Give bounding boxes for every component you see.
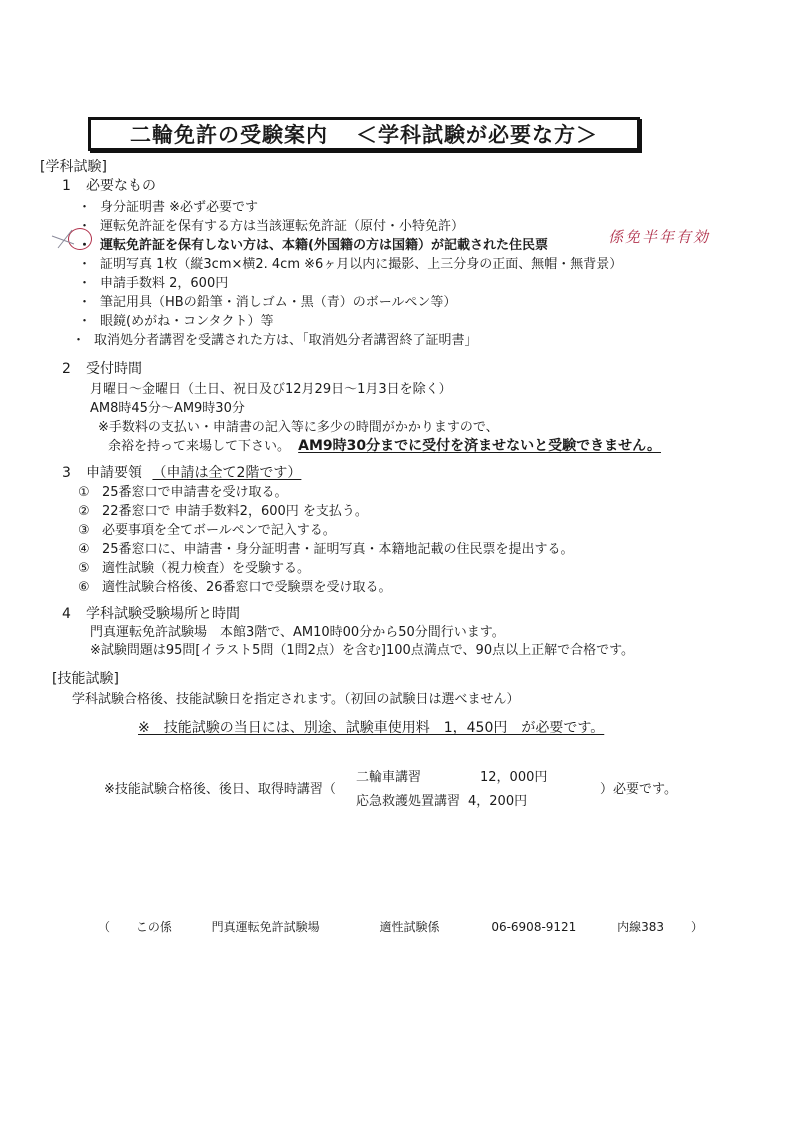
section4-title: 学科試験受験場所と時間 (86, 606, 240, 622)
application-step: ⑤適性試験（視力検査）を受験する。 (78, 557, 310, 576)
section1-heading: 1必要なもの (62, 175, 156, 195)
required-item: ・証明写真 1枚（縦3cm×横2. 4cm ※6ヶ月以内に撮影、上三分身の正面、… (78, 253, 622, 272)
section3-title-note: （申請は全て2階です） (152, 465, 301, 481)
exam-location: 門真運転免許試験場 本館3階で、AM10時00分から50分間行います。 (90, 621, 505, 640)
contact-department: 適性試験係 (379, 918, 487, 935)
contact-office: 門真運転免許試験場 (212, 918, 376, 935)
title-sub: ＜学科試験が必要な方＞ (356, 119, 598, 149)
application-step: ③必要事項を全てボールペンで記入する。 (78, 519, 336, 538)
section1-number: 1 (62, 178, 86, 194)
handwritten-check-mark-icon (50, 222, 80, 252)
bullet-icon: ・ (78, 310, 100, 329)
reception-hours: AM8時45分～AM9時30分 (90, 397, 245, 416)
section1-title: 必要なもの (86, 178, 156, 194)
application-step: ②22番窓口で 申請手数料2，600円 を支払う。 (78, 500, 368, 519)
lecture-row: 二輪車講習 12，000円 (356, 766, 547, 785)
contact-extension: 内線383 (617, 918, 687, 935)
contact-phone: 06-6908-9121 (491, 920, 613, 934)
bullet-icon: ・ (78, 291, 100, 310)
required-item: ・身分証明書 ※必ず必要です (78, 196, 258, 215)
lecture-row: 応急救護処置講習 4，200円 (356, 790, 547, 809)
lecture-fee-table: 二輪車講習 12，000円 応急救護処置講習 4，200円 (356, 766, 547, 809)
title-main: 二輪免許の受験案内 (130, 119, 328, 149)
bullet-icon: ・ (72, 329, 94, 348)
required-item: ・取消処分者講習を受講された方は、「取消処分者講習終了証明書」 (72, 329, 478, 348)
handwritten-note: 係免半年有効 (608, 226, 710, 247)
required-item: ・申請手数料 2，600円 (78, 272, 228, 291)
section2-title: 受付時間 (86, 361, 142, 377)
application-step: ⑥適性試験合格後、26番窓口で受験票を受け取る。 (78, 576, 392, 595)
vehicle-fee-notice: ※ 技能試験の当日には、別途、試験車使用料 1，450円 が必要です。 (138, 717, 604, 737)
contact-label: この係 (136, 918, 208, 935)
required-item: ・運転免許証を保有しない方は、本籍(外国籍の方は国籍）が記載された住民票 (78, 234, 548, 253)
reception-note-2: 余裕を持って来場して下さい。 AM9時30分までに受付を済ませないと受験できませ… (108, 435, 661, 455)
section3-title: 申請要領 (86, 465, 142, 481)
application-step: ④25番窓口に、申請書・身分証明書・証明写真・本籍地記載の住民票を提出する。 (78, 538, 574, 557)
reception-deadline-warning: AM9時30分までに受付を済ませないと受験できません。 (298, 438, 661, 454)
gino-description: 学科試験合格後、技能試験日を指定されます。（初回の試験日は選べません） (72, 688, 519, 707)
section2-heading: 2受付時間 (62, 358, 142, 378)
lecture-suffix: ）必要です。 (600, 778, 677, 797)
bullet-icon: ・ (78, 272, 100, 291)
required-item: ・筆記用具（HBの鉛筆・消しゴム・黒（青）のボールペン等） (78, 291, 456, 310)
reception-days: 月曜日～金曜日（土日、祝日及び12月29日～1月3日を除く） (90, 378, 452, 397)
contact-footer: （ この係 門真運転免許試験場 適性試験係 06-6908-9121 内線383… (98, 918, 703, 935)
gino-heading: [技能試験] (52, 668, 119, 688)
required-item: ・運転免許証を保有する方は当該運転免許証（原付・小特免許） (78, 215, 464, 234)
bullet-icon: ・ (78, 196, 100, 215)
required-item: ・眼鏡(めがね・コンタクト）等 (78, 310, 274, 329)
section3-heading: 3申請要領 （申請は全て2階です） (62, 462, 301, 482)
application-step: ①25番窓口で申請書を受け取る。 (78, 481, 288, 500)
lecture-prefix: ※技能試験合格後、後日、取得時講習（ (104, 778, 336, 797)
gakka-heading: [学科試験] (40, 156, 107, 176)
reception-note: ※手数料の支払い・申請書の記入等に多少の時間がかかりますので、 (98, 416, 499, 435)
document-title: 二輪免許の受験案内 ＜学科試験が必要な方＞ (88, 117, 640, 151)
bullet-icon: ・ (78, 253, 100, 272)
exam-scoring-note: ※試験問題は95問[イラスト5問（1問2点）を含む]100点満点で、90点以上正… (90, 639, 634, 658)
section4-heading: 4学科試験受験場所と時間 (62, 603, 240, 623)
